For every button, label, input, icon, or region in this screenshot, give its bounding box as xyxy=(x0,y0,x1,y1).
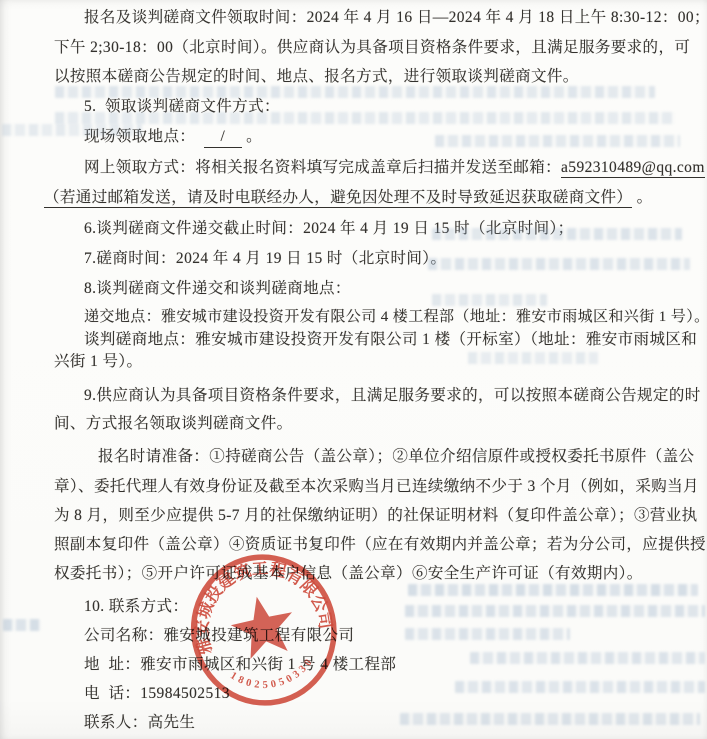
online-pickup-label: 网上领取方式：将相关报名资料填写完成盖章后扫描并发送至邮箱： xyxy=(84,159,561,176)
requirements-line: 报名时请准备：①持磋商公告（盖公章）；②单位介绍信原件或授权委托书原件（盖公 xyxy=(98,447,694,467)
email-note-underlined: （若通过邮箱发送，请及时电联经办人，避免因处理不及时导致延迟获取磋商文件） xyxy=(44,189,632,208)
section-9-line: 9.供应商认为具备项目资格条件要求，且满足服务要求的，可以按照本磋商公告规定的时 xyxy=(84,386,701,406)
blank-slash-field: / xyxy=(204,127,242,148)
bleed-through-artifact xyxy=(435,135,680,147)
bleed-through-artifact xyxy=(470,652,705,664)
bleed-through-artifact xyxy=(428,258,690,270)
section-7-line: 7.磋商时间：2024 年 4 月 19 日 15 时（北京时间）。 xyxy=(84,249,446,269)
negotiation-address-line: 谈判磋商地点：雅安城市建设投资开发有限公司 1 楼（开标室）（地址：雅安市雨城区… xyxy=(84,330,697,350)
company-seal: 雅安城投建筑工程有限公司 18025050330 xyxy=(173,538,355,724)
bleed-through-artifact xyxy=(400,713,700,725)
scanned-document-page: 报名及谈判磋商文件领取时间：2024 年 4 月 16 日—2024 年 4 月… xyxy=(0,0,707,739)
bleed-through-artifact xyxy=(405,628,570,640)
bleed-through-artifact xyxy=(405,605,705,617)
email-note-line: （若通过邮箱发送，请及时电联经办人，避免因处理不及时导致延迟获取磋商文件） 。 xyxy=(44,188,653,208)
section-9-line-cont: 间、方式报名领取谈判磋商文件。 xyxy=(54,414,293,434)
requirements-line: 权委托书）；⑤开户许可证或基本户信息（盖公章）⑥安全生产许可证（有效期内）。 xyxy=(54,564,643,584)
section-10-heading: 10. 联系方式： xyxy=(84,597,188,617)
email-address: a592310489@qq.com xyxy=(561,159,705,178)
section-8-heading: 8.谈判磋商文件递交和谈判磋商地点： xyxy=(84,279,351,299)
onsite-pickup-line: 现场领取地点： / 。 xyxy=(84,127,262,148)
requirements-line: 照副本复印件（盖公章）④资质证书复印件（应在有效期内并盖公章；若为分公司，应提供… xyxy=(54,535,706,555)
paragraph-line: 报名及谈判磋商文件领取时间：2024 年 4 月 16 日—2024 年 4 月… xyxy=(84,8,707,28)
bleed-through-artifact xyxy=(432,294,547,306)
onsite-pickup-label: 现场领取地点： xyxy=(84,128,204,145)
section-5-heading: 5. 领取谈判磋商文件方式： xyxy=(84,97,280,117)
negotiation-address-line-cont: 兴街 1 号）。 xyxy=(54,352,142,372)
bleed-through-artifact xyxy=(3,619,41,631)
bleed-through-artifact xyxy=(408,584,698,596)
period: 。 xyxy=(632,189,652,206)
bleed-through-artifact xyxy=(468,352,598,364)
bleed-through-artifact xyxy=(455,681,705,693)
delivery-address-line: 递交地点：雅安城市建设投资开发有限公司 4 楼工程部（地址：雅安市雨城区和兴街 … xyxy=(84,307,707,327)
period: 。 xyxy=(242,128,262,145)
paragraph-line: 下午 2;30-18：00（北京时间）。供应商认为具备项目资格条件要求，且满足服… xyxy=(54,38,690,58)
online-pickup-line: 网上领取方式：将相关报名资料填写完成盖章后扫描并发送至邮箱：a592310489… xyxy=(84,158,705,178)
seal-star-icon xyxy=(226,590,300,661)
requirements-line: 为 8 月，则至少应提供 5-7 月的社保缴纳证明）的社保证明材料（复印件盖公章… xyxy=(54,506,698,526)
requirements-line: 章）、委托代理人有效身份证及截至本次采购当月已连续缴纳不少于 3 个月（例如，采… xyxy=(54,477,699,497)
section-6-line: 6.谈判磋商文件递交截止时间：2024 年 4 月 19 日 15 时（北京时间… xyxy=(84,219,574,239)
paragraph-line: 以按照本磋商公告规定的时间、地点、报名方式，进行领取谈判磋商文件。 xyxy=(54,67,579,87)
contact-person-line: 联系人：高先生 xyxy=(84,713,195,733)
